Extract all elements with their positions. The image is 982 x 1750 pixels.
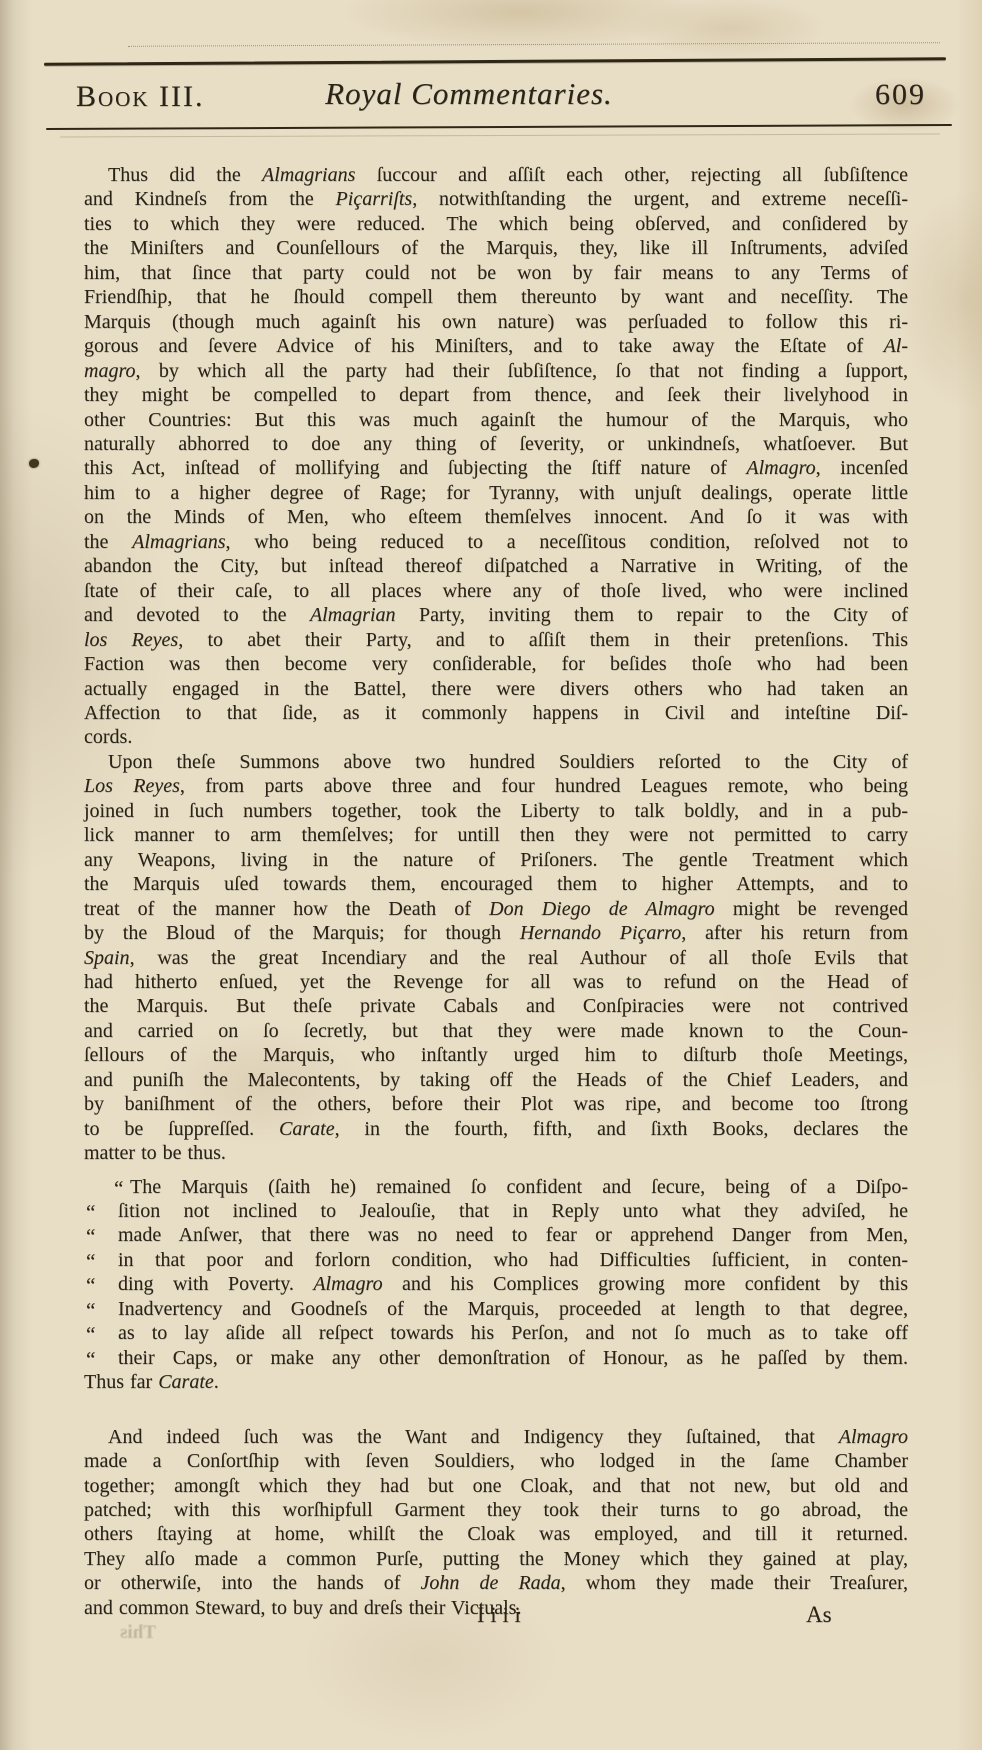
page-title: Royal Commentaries. [0,76,960,112]
page-footer: Iiii As [0,1602,982,1636]
text-line: treat of the manner how the Death of Don… [84,897,908,921]
ink-blot [29,459,39,468]
paragraph-quote: “The Marquis (ſaith he) remained ſo conf… [84,1175,908,1395]
text-line: and carried on ſo ſecretly, but that the… [84,1019,908,1043]
italic-proper-name: Carate [158,1371,214,1393]
italic-proper-name: los Reyes [84,629,178,651]
text-line: Spain, was the great Incendiary and the … [84,946,908,970]
text-line: los Reyes, to abet their Party, and to a… [84,628,908,652]
italic-proper-name: Almagrian [310,604,396,626]
quote-mark: “ [86,1298,95,1322]
running-header: Book III. Royal Commentaries. 609 [0,76,982,122]
italic-proper-name: Almagro [313,1273,382,1295]
paragraph-2: Upon theſe Summons above two hundred Sou… [84,750,908,1166]
quote-mark: “ [86,1200,95,1224]
text-line: together; amongſt which they had but one… [84,1474,908,1498]
text-line: had hitherto enſued, yet the Revenge for… [84,970,908,994]
text-line: or otherwiſe, into the hands of John de … [84,1571,908,1595]
header-rule-bottom [46,124,952,130]
book-page: Book III. Royal Commentaries. 609 This T… [0,0,982,1750]
body-text: Thus did the Almagrians ſuccour and aſſi… [84,163,908,1620]
quote-mark: “ [86,1347,95,1371]
text-line: matter to be thus. [84,1141,908,1165]
text-line: and devoted to the Almagrian Party, invi… [84,603,908,627]
text-line: They alſo made a common Purſe, putting t… [84,1547,908,1571]
paragraph-1: Thus did the Almagrians ſuccour and aſſi… [84,163,908,750]
text-line: the Almagrians, who being reduced to a n… [84,530,908,554]
text-line: any Weapons, living in the nature of Pri… [84,848,908,872]
text-line: Thus did the Almagrians ſuccour and aſſi… [84,163,908,187]
text-line: abandon the City, but inſtead thereof di… [84,554,908,578]
text-line: patched; with this worſhipfull Garment t… [84,1498,908,1522]
text-line: Faction was then become very conſiderabl… [84,652,908,676]
quote-mark: “ [86,1322,95,1346]
header-rule-top [44,57,946,66]
italic-proper-name: Almagro [746,457,815,479]
text-line: others ſtaying at home, whilſt the Cloak… [84,1522,908,1546]
italic-proper-name: Los Reyes [84,775,180,797]
text-line: they might be compelled to depart from t… [84,383,908,407]
italic-proper-name: Don Diego de Almagro [489,898,715,920]
italic-proper-name: Piçarriſts [336,188,413,210]
text-line: joined in ſuch numbers together, took th… [84,799,908,823]
text-line: him to a higher degree of Rage; for Tyra… [84,481,908,505]
text-line: Affection to that ſide, as it commonly h… [84,701,908,725]
italic-proper-name: Almagrians [132,531,225,553]
text-line: Los Reyes, from parts above three and fo… [84,774,908,798]
text-line: the Marquis. But theſe private Cabals an… [84,994,908,1018]
text-line: “their Caps, or make any other demonſtra… [118,1346,908,1370]
text-line: naturally abhorred to doe any thing of ſ… [84,432,908,456]
quote-mark: “ [86,1249,95,1273]
italic-proper-name: Spain [84,947,130,969]
text-line: this Act, inſtead of mollifying and ſubj… [84,456,908,480]
quote-mark: “ [86,1273,95,1297]
text-line: ties to which they were reduced. The whi… [84,212,908,236]
page-number: 609 [875,78,926,112]
signature-mark: Iiii [477,1602,527,1628]
quote-mark: “ [86,1224,95,1248]
text-line: And indeed ſuch was the Want and Indigen… [84,1425,908,1449]
italic-proper-name: Al- [884,335,908,357]
italic-proper-name: Carate [279,1118,335,1140]
text-line: Friendſhip, that he ſhould compell them … [84,285,908,309]
quote-mark: “ [102,1176,123,1200]
text-line: by the Bloud of the Marquis; for though … [84,921,908,945]
text-line: to be ſuppreſſed. Carate, in the fourth,… [84,1117,908,1141]
text-line: “The Marquis (ſaith he) remained ſo conf… [118,1175,908,1199]
header-rule-echo [60,133,940,137]
text-line: Upon theſe Summons above two hundred Sou… [84,750,908,774]
italic-proper-name: Almagrians [262,164,355,186]
text-line: and Kindneſs from the Piçarriſts, notwit… [84,187,908,211]
text-line: Marquis (though much againſt his own nat… [84,310,908,334]
text-line: the Miniſters and Counſellours of the Ma… [84,236,908,260]
text-line: on the Minds of Men, who eſteem themſelv… [84,505,908,529]
text-line: “made Anſwer, that there was no need to … [118,1223,908,1247]
italic-proper-name: John de Rada [421,1572,561,1594]
text-line: gorous and ſevere Advice of his Miniſter… [84,334,908,358]
text-line: “in that poor and forlorn condition, who… [118,1248,908,1272]
italic-proper-name: Almagro [839,1426,908,1448]
text-line: and puniſh the Malecontents, by taking o… [84,1068,908,1092]
italic-proper-name: Hernando Piçarro [520,922,681,944]
catchword: As [806,1602,832,1628]
text-line: actually engaged in the Battel, there we… [84,677,908,701]
text-line: other Countries: But this was much again… [84,408,908,432]
text-line: “ſition not inclined to Jealouſie, that … [118,1199,908,1223]
top-faint-rule [128,42,940,47]
text-line: made a Conſortſhip with ſeven Souldiers,… [84,1449,908,1473]
text-line: him, that ſince that party could not be … [84,261,908,285]
text-line: the Marquis uſed towards them, encourage… [84,872,908,896]
text-line: “ding with Poverty. Almagro and his Comp… [118,1272,908,1296]
text-line: “Inadvertency and Goodneſs of the Marqui… [118,1297,908,1321]
text-line: by baniſhment of the others, before thei… [84,1092,908,1116]
italic-proper-name: magro [84,360,135,382]
text-line: magro, by which all the party had their … [84,359,908,383]
text-line: Thus far Carate. [84,1370,908,1394]
text-line: cords. [84,725,908,749]
paragraph-4: And indeed ſuch was the Want and Indigen… [84,1425,908,1621]
text-line: lick manner to arm themſelves; for until… [84,823,908,847]
text-line: ſellours of the Marquis, who inſtantly u… [84,1043,908,1067]
text-line: ſtate of their caſe, to all places where… [84,579,908,603]
text-line: “as to lay aſide all reſpect towards his… [118,1321,908,1345]
